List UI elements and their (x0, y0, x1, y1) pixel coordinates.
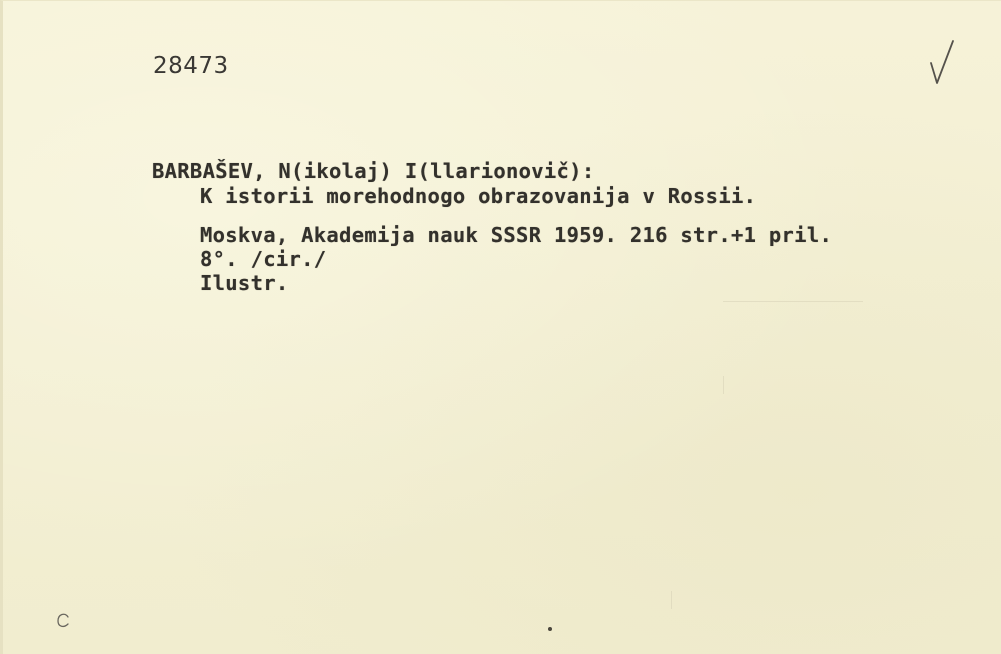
format-note: 8°. /cir./ (200, 247, 326, 271)
paper-crease (671, 591, 672, 609)
paper-crease (723, 376, 724, 394)
check-mark-icon (929, 37, 959, 89)
catalog-card: 28473 BARBAŠEV, N(ikolaj) I(llarionovič)… (0, 0, 1001, 654)
book-title: K istorii morehodnogo obrazovanija v Ros… (200, 184, 756, 208)
pencil-mark-icon (55, 611, 73, 631)
ink-speck (548, 627, 552, 631)
illustrations-note: Ilustr. (200, 271, 289, 295)
author-heading: BARBAŠEV, N(ikolaj) I(llarionovič): (152, 159, 594, 183)
accession-number: 28473 (153, 53, 229, 79)
imprint: Moskva, Akademija nauk SSSR 1959. 216 st… (200, 223, 832, 247)
paper-crease (723, 301, 863, 302)
